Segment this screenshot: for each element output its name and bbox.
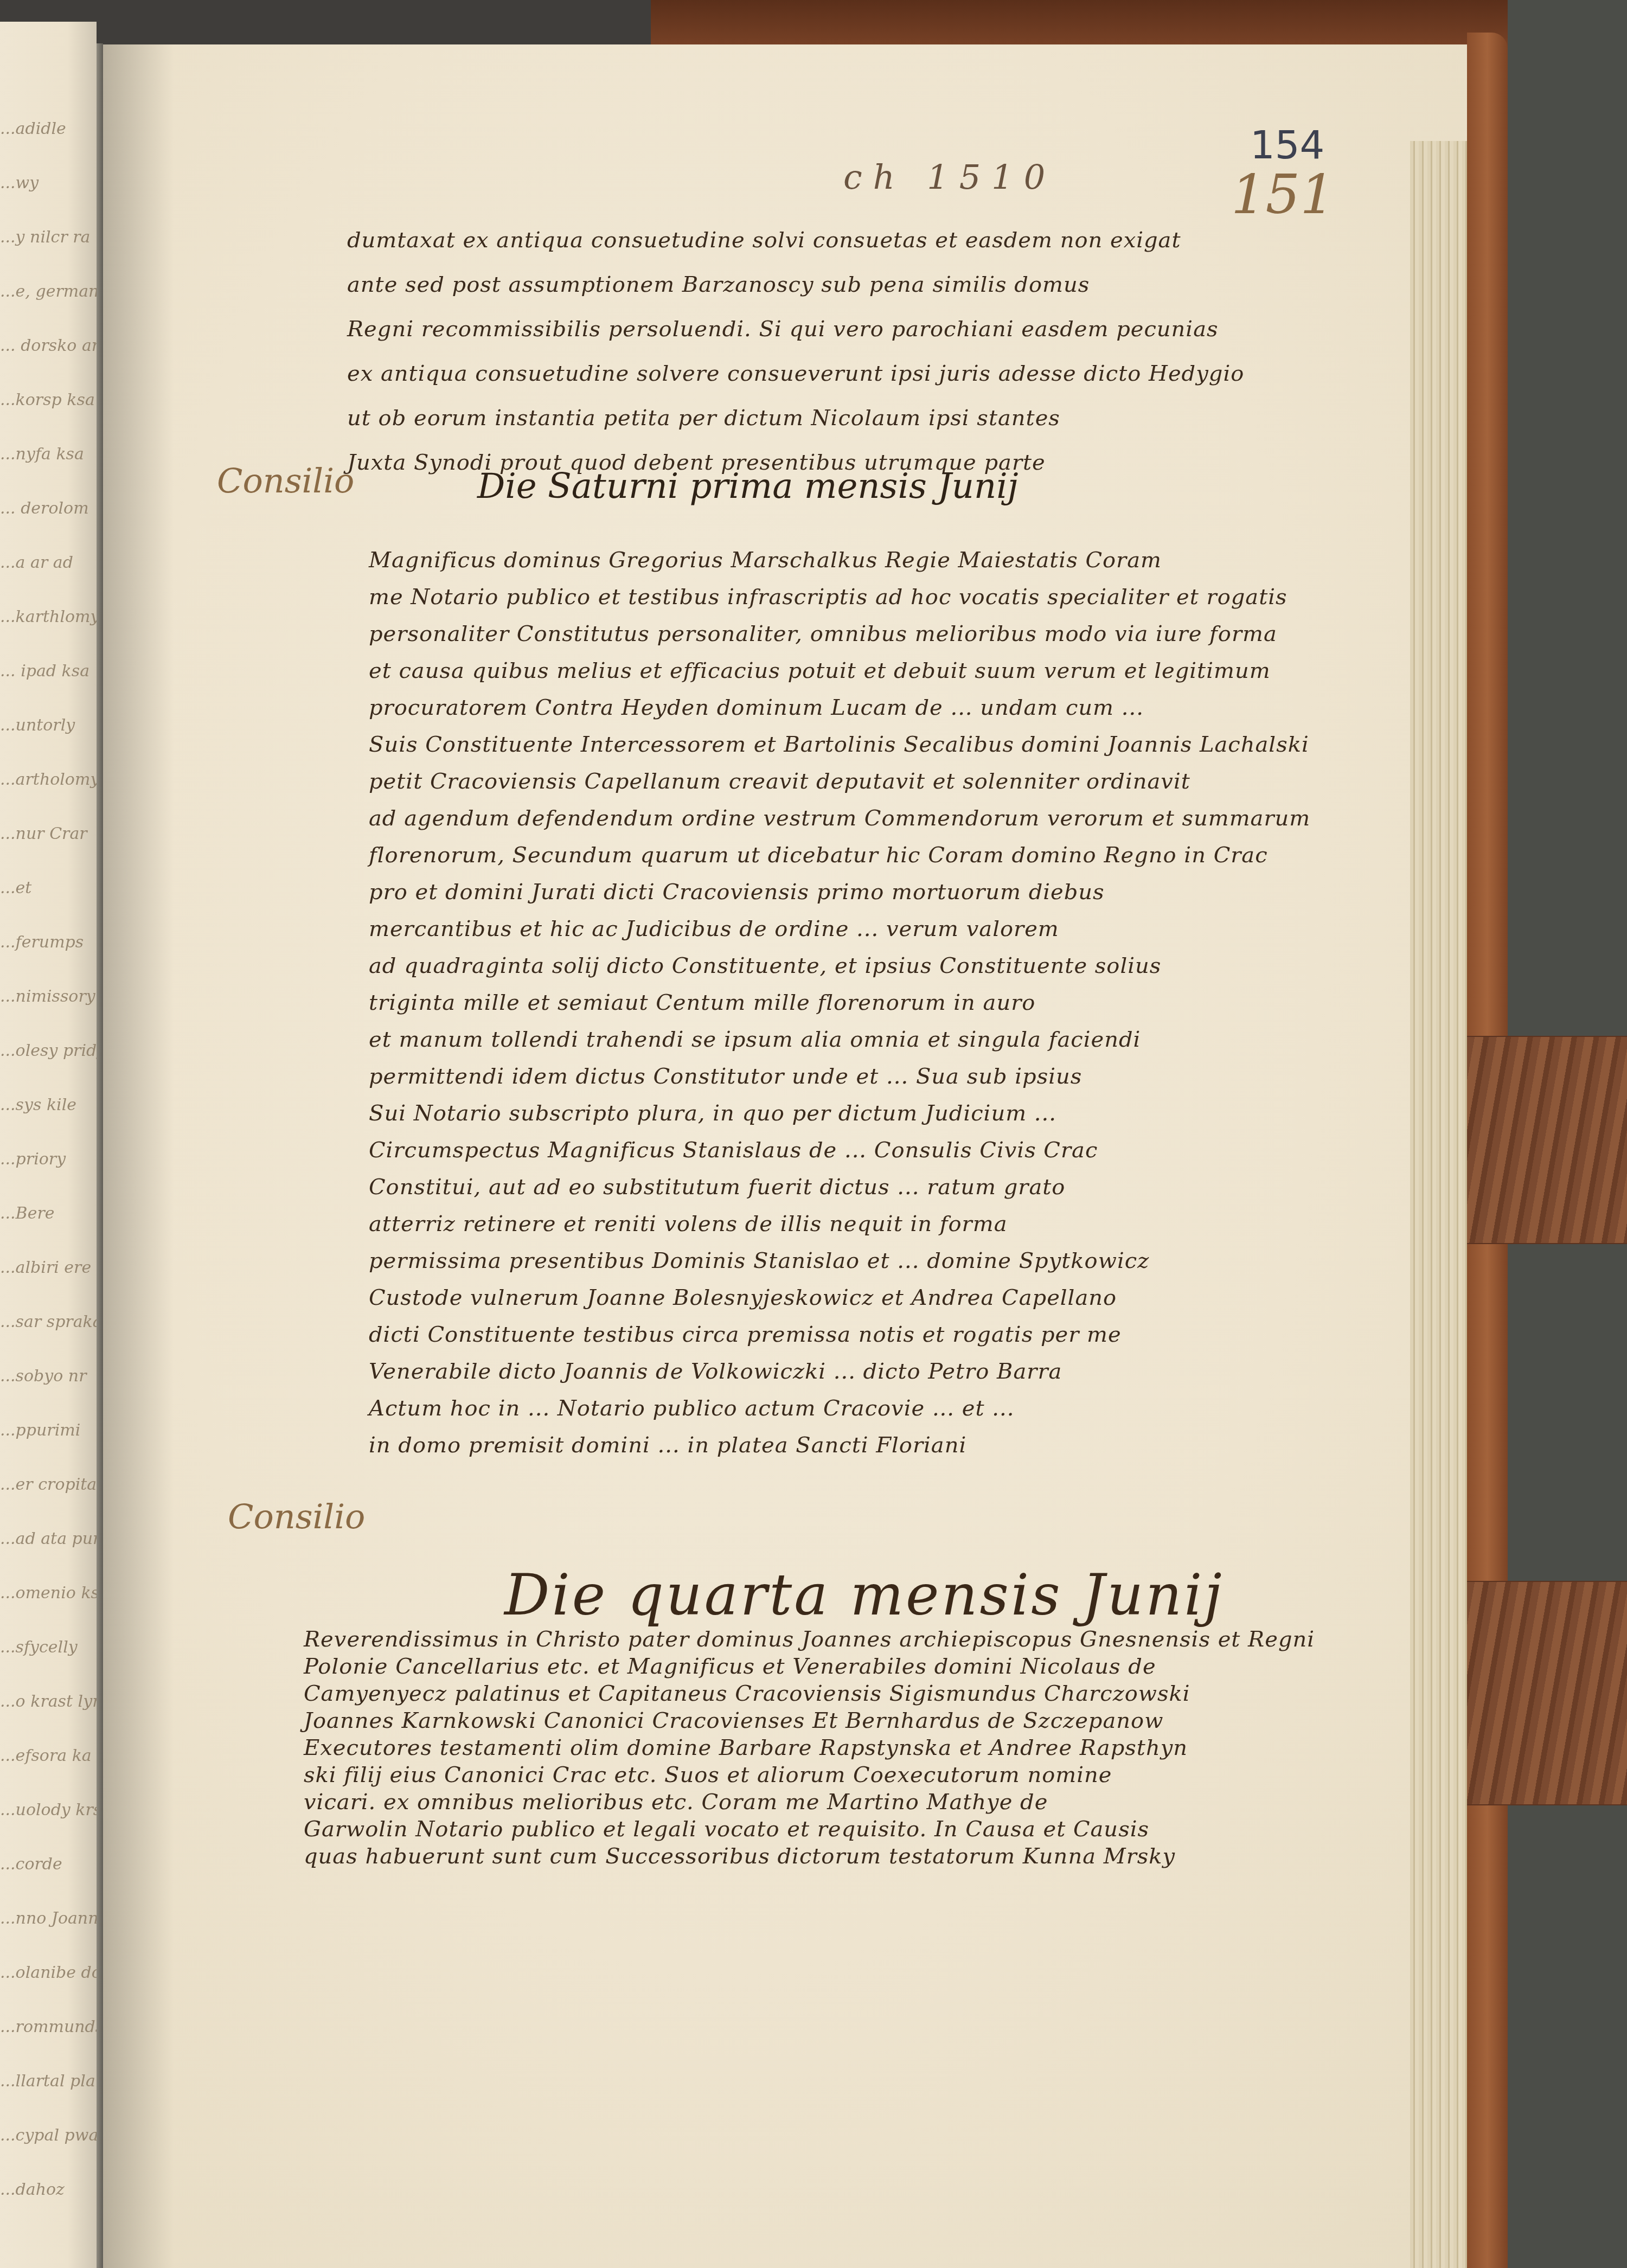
left-page-line: ... dorsko ar bbox=[0, 336, 97, 355]
text-line: personaliter Constitutus personaliter, o… bbox=[369, 622, 1277, 646]
margin-note-consilio-2: Consilio bbox=[228, 1497, 365, 1536]
text-line: Camyenyecz palatinus et Capitaneus Craco… bbox=[304, 1681, 1190, 1706]
text-line: ut ob eorum instantia petita per dictum … bbox=[347, 406, 1060, 431]
text-line: vicari. ex omnibus melioribus etc. Coram… bbox=[304, 1790, 1048, 1815]
left-page-line: ...wy bbox=[0, 174, 39, 193]
folio-number-pencil: 154 bbox=[1250, 122, 1324, 168]
left-page-line: ...priory bbox=[0, 1150, 66, 1169]
left-page-line: ...korsp ksa bbox=[0, 390, 95, 409]
left-page-line: ...nyfa ksa bbox=[0, 445, 84, 464]
left-page-line: ...y nilcr ra bbox=[0, 228, 91, 247]
text-line: dicti Constituente testibus circa premis… bbox=[369, 1322, 1122, 1347]
margin-note-consilio-1: Consilio bbox=[217, 461, 354, 501]
folio-number-ink: 151 bbox=[1231, 163, 1335, 226]
left-page-line: ...sys kile bbox=[0, 1095, 76, 1114]
left-page-line: ...dahoz bbox=[0, 2180, 65, 2199]
left-page-line: ...omenio ksiestr bbox=[0, 1584, 97, 1603]
left-page-line: ...efsora ka robraln bbox=[0, 1746, 97, 1765]
text-line: dumtaxat ex antiqua consuetudine solvi c… bbox=[347, 228, 1181, 253]
left-page-line: ...nimissory bbox=[0, 987, 95, 1006]
left-page-line: ...untorly bbox=[0, 716, 75, 735]
left-page-line: ...nur Crar bbox=[0, 824, 87, 843]
text-line: atterriz retinere et reniti volens de il… bbox=[369, 1212, 1007, 1236]
text-line: Joannes Karnkowski Canonici Cracovienses… bbox=[304, 1708, 1163, 1733]
left-page-line: ...olanibe do bbox=[0, 1963, 97, 1982]
text-line: Actum hoc in ... Notario publico actum C… bbox=[369, 1396, 1014, 1421]
leather-strap-lower bbox=[1467, 1581, 1627, 1805]
page-shadow bbox=[103, 44, 174, 2268]
page-fore-edge bbox=[1410, 141, 1470, 2268]
text-line: petit Cracoviensis Capellanum creavit de… bbox=[369, 769, 1190, 794]
top-mark: ch 1510 bbox=[843, 157, 1056, 197]
left-page-line: ...llartal plant bbox=[0, 2072, 97, 2091]
left-page-line: ...corde bbox=[0, 1855, 62, 1874]
text-line: permittendi idem dictus Constitutor unde… bbox=[369, 1064, 1082, 1089]
text-line: ad agendum defendendum ordine vestrum Co… bbox=[369, 806, 1310, 831]
text-line: Polonie Cancellarius etc. et Magnificus … bbox=[304, 1654, 1156, 1679]
text-line: in domo premisit domini ... in platea Sa… bbox=[369, 1433, 966, 1458]
text-line: permissima presentibus Dominis Stanislao… bbox=[369, 1248, 1149, 1273]
left-page-line: ...karthlomy bbox=[0, 607, 97, 626]
section-heading-2: Die quarta mensis Junij bbox=[504, 1562, 1224, 1628]
leather-strap-upper bbox=[1467, 1036, 1627, 1244]
text-line: Suis Constituente Intercessorem et Barto… bbox=[369, 732, 1309, 757]
left-page: ...adidle...wy...y nilcr ra...e, germani… bbox=[0, 22, 97, 2268]
text-line: me Notario publico et testibus infrascri… bbox=[369, 585, 1287, 610]
text-line: triginta mille et semiaut Centum mille f… bbox=[369, 990, 1035, 1015]
left-page-line: ... ipad ksa bbox=[0, 662, 89, 681]
left-page-line: ...a ar ad bbox=[0, 553, 73, 572]
text-line: et manum tollendi trahendi se ipsum alia… bbox=[369, 1027, 1141, 1052]
text-line: Venerabile dicto Joannis de Volkowiczki … bbox=[369, 1359, 1062, 1384]
left-page-line: ...albiri ere bbox=[0, 1258, 91, 1277]
left-page-line: ...er cropitart bbox=[0, 1475, 97, 1494]
text-line: Custode vulnerum Joanne Bolesnyjeskowicz… bbox=[369, 1285, 1117, 1310]
text-line: mercantibus et hic ac Judicibus de ordin… bbox=[369, 917, 1059, 941]
text-line: ski filij eius Canonici Crac etc. Suos e… bbox=[304, 1763, 1112, 1788]
text-line: Garwolin Notario publico et legali vocat… bbox=[304, 1817, 1149, 1842]
left-page-line: ...sar sprakart bbox=[0, 1312, 97, 1331]
text-line: ex antiqua consuetudine solvere consueve… bbox=[347, 361, 1244, 386]
left-page-line: ...cypal pwalions bbox=[0, 2126, 97, 2145]
left-page-line: ...ad ata pund bbox=[0, 1529, 97, 1548]
left-page-line: ...sobyo nr bbox=[0, 1367, 86, 1386]
text-line: Magnificus dominus Gregorius Marschalkus… bbox=[369, 548, 1162, 573]
text-line: Reverendissimus in Christo pater dominus… bbox=[304, 1627, 1315, 1652]
top-binding-edge bbox=[651, 0, 1508, 52]
text-line: ante sed post assumptionem Barzanoscy su… bbox=[347, 272, 1090, 297]
text-line: Constitui, aut ad eo substitutum fuerit … bbox=[369, 1175, 1065, 1200]
left-page-line: ...artholomy bbox=[0, 770, 97, 789]
section-heading-1: Die Saturni prima mensis Junij bbox=[477, 466, 1018, 507]
left-page-line: ...ppurimi bbox=[0, 1421, 80, 1440]
book-gutter bbox=[97, 43, 103, 2268]
text-line: Executores testamenti olim domine Barbar… bbox=[304, 1735, 1188, 1760]
text-line: ad quadraginta solij dicto Constituente,… bbox=[369, 953, 1161, 978]
left-page-line: ...e, germani, bbox=[0, 282, 97, 301]
left-page-line: ...sfycelly bbox=[0, 1638, 78, 1657]
text-line: et causa quibus melius et efficacius pot… bbox=[369, 658, 1271, 683]
text-line: quas habuerunt sunt cum Successoribus di… bbox=[304, 1844, 1175, 1869]
text-line: Regni recommissibilis persoluendi. Si qu… bbox=[347, 317, 1219, 342]
left-page-line: ...uolody krsa bbox=[0, 1801, 97, 1819]
left-page-line: ...o krast lyme bbox=[0, 1692, 97, 1711]
text-line: Circumspectus Magnificus Stanislaus de .… bbox=[369, 1138, 1098, 1163]
left-page-line: ...ferumps bbox=[0, 933, 84, 952]
left-page-line: ... derolom bbox=[0, 499, 89, 518]
text-line: Sui Notario subscripto plura, in quo per… bbox=[369, 1101, 1056, 1126]
left-page-line: ...et bbox=[0, 879, 31, 898]
text-line: florenorum, Secundum quarum ut dicebatur… bbox=[369, 843, 1268, 868]
left-page-line: ...adidle bbox=[0, 119, 66, 138]
left-page-line: ...olesy pridy bbox=[0, 1041, 97, 1060]
left-page-line: ...rommunds bbox=[0, 2017, 97, 2036]
text-line: pro et domini Jurati dicti Cracoviensis … bbox=[369, 880, 1105, 905]
left-page-line: ...nno Joannis bbox=[0, 1909, 97, 1928]
left-page-line: ...Bere bbox=[0, 1204, 55, 1223]
text-line: procuratorem Contra Heyden dominum Lucam… bbox=[369, 695, 1144, 720]
